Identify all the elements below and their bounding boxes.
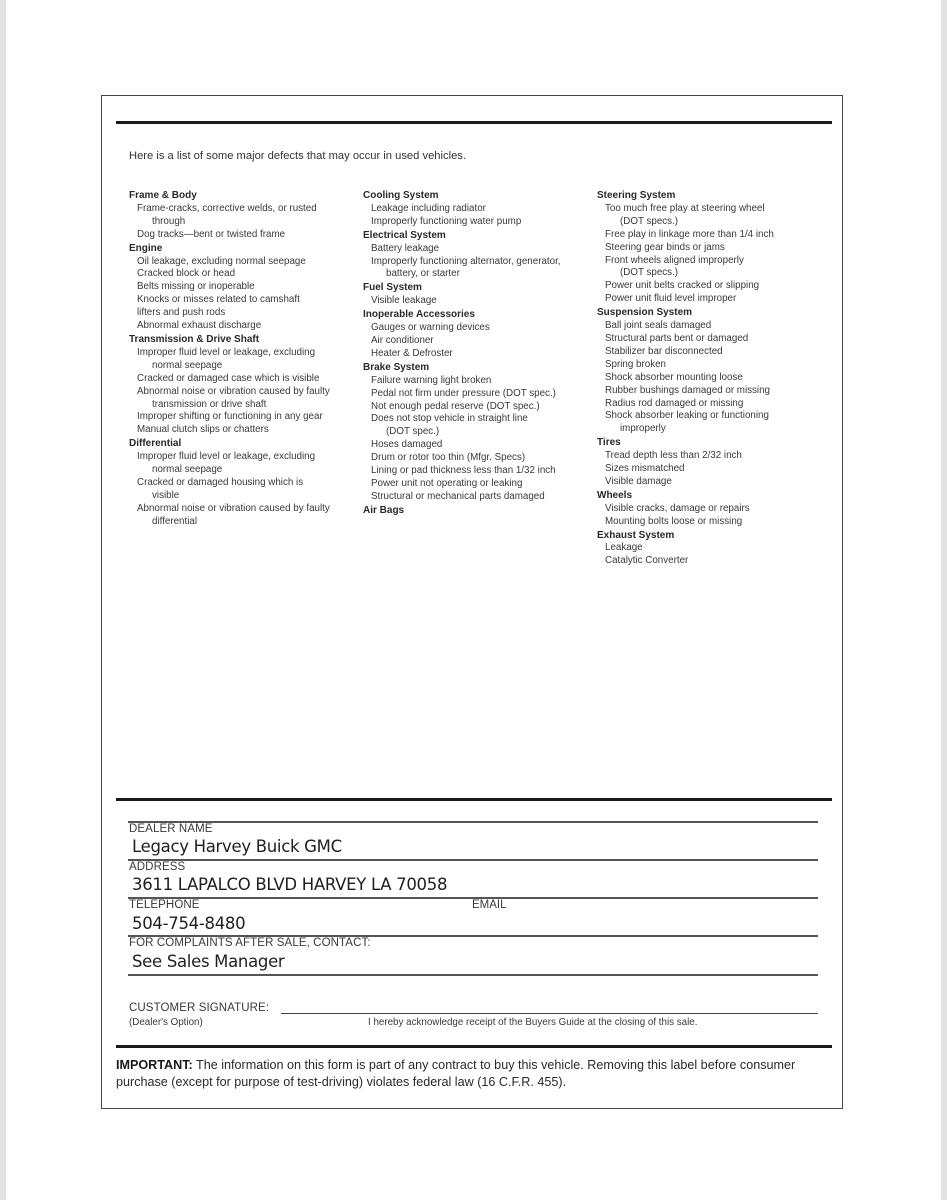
defect-item-text: Dog tracks—bent or twisted frame xyxy=(137,229,285,240)
defect-item: Belts missing or inoperable xyxy=(129,281,364,294)
defect-category: Suspension SystemBall joint seals damage… xyxy=(597,307,832,436)
defect-item-text: Abnormal noise or vibration caused by fa… xyxy=(137,503,330,514)
defect-item: Cracked block or head xyxy=(129,268,364,281)
defect-item-text: Pedal not firm under pressure (DOT spec.… xyxy=(371,388,556,399)
defect-item: Tread depth less than 2/32 inch xyxy=(597,450,832,463)
defect-item: Lining or pad thickness less than 1/32 i… xyxy=(363,465,598,478)
defect-item-continuation: (DOT spec.) xyxy=(371,426,598,439)
defect-category-title: Inoperable Accessories xyxy=(363,309,598,322)
defect-item-continuation: improperly xyxy=(605,423,832,436)
defect-category-title: Differential xyxy=(129,438,364,451)
defect-category-title: Transmission & Drive Shaft xyxy=(129,334,364,347)
defect-item: Ball joint seals damaged xyxy=(597,320,832,333)
important-text: The information on this form is part of … xyxy=(116,1058,795,1089)
defect-item-text: Visible damage xyxy=(605,476,672,487)
important-divider xyxy=(116,1045,832,1048)
defect-item-text: Gauges or warning devices xyxy=(371,322,490,333)
defect-item-text: Too much free play at steering wheel xyxy=(605,203,765,214)
defect-item-text: Catalytic Converter xyxy=(605,555,688,566)
defect-item: Improperly functioning water pump xyxy=(363,216,598,229)
defect-category: Frame & BodyFrame-cracks, corrective wel… xyxy=(129,190,364,242)
defect-item: Visible cracks, damage or repairs xyxy=(597,503,832,516)
defect-item: Oil leakage, excluding normal seepage xyxy=(129,256,364,269)
address-label: ADDRESS xyxy=(129,861,185,873)
defect-item-text: Manual clutch slips or chatters xyxy=(137,424,269,435)
defect-item-text: Shock absorber leaking or functioning xyxy=(605,410,769,421)
defect-category-title: Engine xyxy=(129,243,364,256)
defect-item: Structural or mechanical parts damaged xyxy=(363,491,598,504)
defect-item: Drum or rotor too thin (Mfgr. Specs) xyxy=(363,452,598,465)
defect-category-title: Wheels xyxy=(597,490,832,503)
defect-category-title: Exhaust System xyxy=(597,530,832,543)
customer-signature-line[interactable] xyxy=(281,1013,818,1014)
complaints-value[interactable]: See Sales Manager xyxy=(132,952,284,971)
defect-item-text: Steering gear binds or jams xyxy=(605,242,725,253)
defect-item: Hoses damaged xyxy=(363,439,598,452)
customer-signature-label: CUSTOMER SIGNATURE: xyxy=(129,1002,269,1014)
defect-item-text: Shock absorber mounting loose xyxy=(605,372,743,383)
defect-item-text: Heater & Defroster xyxy=(371,348,453,359)
defect-item: Abnormal exhaust discharge xyxy=(129,320,364,333)
defect-category: Brake SystemFailure warning light broken… xyxy=(363,362,598,504)
defect-item: Frame-cracks, corrective welds, or ruste… xyxy=(129,203,364,229)
dealer-section-divider xyxy=(116,798,832,801)
defect-item-text: Tread depth less than 2/32 inch xyxy=(605,450,742,461)
defect-item-text: Power unit belts cracked or slipping xyxy=(605,280,759,291)
defect-item: Manual clutch slips or chatters xyxy=(129,424,364,437)
defects-column-2: Cooling SystemLeakage including radiator… xyxy=(363,189,598,519)
defect-item: Cracked or damaged housing which isvisib… xyxy=(129,477,364,503)
defect-category-title: Electrical System xyxy=(363,230,598,243)
defect-item-text: Power unit fluid level improper xyxy=(605,293,736,304)
defect-category-title: Frame & Body xyxy=(129,190,364,203)
defect-item-text: Improper fluid level or leakage, excludi… xyxy=(137,347,315,358)
defect-item-continuation: (DOT specs.) xyxy=(605,216,832,229)
defect-item: Improper fluid level or leakage, excludi… xyxy=(129,347,364,373)
defect-item: Visible leakage xyxy=(363,295,598,308)
defect-item-continuation: differential xyxy=(137,516,364,529)
defect-item: Power unit belts cracked or slipping xyxy=(597,280,832,293)
defect-item: Steering gear binds or jams xyxy=(597,242,832,255)
defect-item: Stabilizer bar disconnected xyxy=(597,346,832,359)
complaints-underline xyxy=(128,974,818,976)
defect-item: Rubber bushings damaged or missing xyxy=(597,385,832,398)
defect-item-text: Visible cracks, damage or repairs xyxy=(605,503,750,514)
defect-category: Cooling SystemLeakage including radiator… xyxy=(363,190,598,229)
defect-category: Steering SystemToo much free play at ste… xyxy=(597,190,832,306)
defect-item-text: Cracked or damaged housing which is xyxy=(137,477,303,488)
defect-item-text: Belts missing or inoperable xyxy=(137,281,255,292)
defect-category: Transmission & Drive ShaftImproper fluid… xyxy=(129,334,364,437)
defect-item-text: Rubber bushings damaged or missing xyxy=(605,385,770,396)
defect-item-text: Mounting bolts loose or missing xyxy=(605,516,742,527)
defect-item-text: Improper shifting or functioning in any … xyxy=(137,411,323,422)
defect-item-text: Hoses damaged xyxy=(371,439,442,450)
acknowledge-receipt-text: I hereby acknowledge receipt of the Buye… xyxy=(368,1017,697,1028)
defect-item-text: Abnormal exhaust discharge xyxy=(137,320,261,331)
important-label: IMPORTANT: xyxy=(116,1058,193,1072)
defect-category: EngineOil leakage, excluding normal seep… xyxy=(129,243,364,333)
defect-item: Mounting bolts loose or missing xyxy=(597,516,832,529)
defect-item-text: Abnormal noise or vibration caused by fa… xyxy=(137,386,330,397)
defect-item: Visible damage xyxy=(597,476,832,489)
defect-category-title: Fuel System xyxy=(363,282,598,295)
dealers-option-note: (Dealer's Option) xyxy=(129,1017,203,1028)
defect-item-text: Improperly functioning alternator, gener… xyxy=(371,256,561,267)
defect-category: Electrical SystemBattery leakageImproper… xyxy=(363,230,598,282)
defect-item-text: Air conditioner xyxy=(371,335,434,346)
defect-item-continuation: transmission or drive shaft xyxy=(137,399,364,412)
defect-item: Free play in linkage more than 1/4 inch xyxy=(597,229,832,242)
defect-category: Exhaust SystemLeakageCatalytic Converter xyxy=(597,530,832,569)
telephone-value[interactable]: 504-754-8480 xyxy=(132,914,245,933)
defect-item: Front wheels aligned improperly(DOT spec… xyxy=(597,255,832,281)
defect-item-text: Visible leakage xyxy=(371,295,437,306)
address-value[interactable]: 3611 LAPALCO BLVD HARVEY LA 70058 xyxy=(132,875,447,894)
defect-item-text: Radius rod damaged or missing xyxy=(605,398,743,409)
defect-item: Not enough pedal reserve (DOT spec.) xyxy=(363,401,598,414)
defect-item-text: Lining or pad thickness less than 1/32 i… xyxy=(371,465,556,476)
defect-item: Power unit not operating or leaking xyxy=(363,478,598,491)
defect-item: Abnormal noise or vibration caused by fa… xyxy=(129,503,364,529)
defect-item: Shock absorber leaking or functioningimp… xyxy=(597,410,832,436)
defect-item-text: Not enough pedal reserve (DOT spec.) xyxy=(371,401,540,412)
defect-item-continuation: (DOT specs.) xyxy=(605,267,832,280)
defect-category: Inoperable AccessoriesGauges or warning … xyxy=(363,309,598,361)
dealer-name-value[interactable]: Legacy Harvey Buick GMC xyxy=(132,837,342,856)
defect-item-text: Knocks or misses related to camshaft xyxy=(137,294,300,305)
defect-item: Battery leakage xyxy=(363,243,598,256)
defect-item-text: Sizes mismatched xyxy=(605,463,685,474)
defect-category: Fuel SystemVisible leakage xyxy=(363,282,598,308)
defects-column-3: Steering SystemToo much free play at ste… xyxy=(597,189,832,569)
defect-item: Pedal not firm under pressure (DOT spec.… xyxy=(363,388,598,401)
defects-column-1: Frame & BodyFrame-cracks, corrective wel… xyxy=(129,189,364,530)
defect-item-text: Ball joint seals damaged xyxy=(605,320,711,331)
defect-item-text: Battery leakage xyxy=(371,243,439,254)
defect-item-text: Drum or rotor too thin (Mfgr. Specs) xyxy=(371,452,525,463)
defect-item: Shock absorber mounting loose xyxy=(597,372,832,385)
defect-item-continuation: visible xyxy=(137,490,364,503)
defect-item: Knocks or misses related to camshaft xyxy=(129,294,364,307)
defect-item-text: lifters and push rods xyxy=(137,307,225,318)
viewer-edge-left xyxy=(0,0,6,1200)
defect-item-text: Stabilizer bar disconnected xyxy=(605,346,723,357)
defect-category-title: Air Bags xyxy=(363,505,598,518)
defect-item: Spring broken xyxy=(597,359,832,372)
top-divider xyxy=(116,121,832,124)
defect-item: Cracked or damaged case which is visible xyxy=(129,373,364,386)
defect-item-text: Improper fluid level or leakage, excludi… xyxy=(137,451,315,462)
defect-item: Improper shifting or functioning in any … xyxy=(129,411,364,424)
defect-item: Abnormal noise or vibration caused by fa… xyxy=(129,386,364,412)
defect-item: Leakage including radiator xyxy=(363,203,598,216)
defect-item-text: Structural parts bent or damaged xyxy=(605,333,748,344)
defect-item-continuation: normal seepage xyxy=(137,360,364,373)
defect-item-text: Failure warning light broken xyxy=(371,375,491,386)
defect-item-text: Improperly functioning water pump xyxy=(371,216,521,227)
defect-item-continuation: normal seepage xyxy=(137,464,364,477)
defect-item: Catalytic Converter xyxy=(597,555,832,568)
defect-item-text: Free play in linkage more than 1/4 inch xyxy=(605,229,774,240)
defect-category: Air Bags xyxy=(363,505,598,518)
defect-category-title: Cooling System xyxy=(363,190,598,203)
viewer-scrollbar-track[interactable] xyxy=(941,0,947,1200)
defect-category-title: Suspension System xyxy=(597,307,832,320)
defect-item: Improperly functioning alternator, gener… xyxy=(363,256,598,282)
defect-item: Improper fluid level or leakage, excludi… xyxy=(129,451,364,477)
buyers-guide-back-page: Here is a list of some major defects tha… xyxy=(101,95,843,1109)
defect-item: Heater & Defroster xyxy=(363,348,598,361)
defect-item: Structural parts bent or damaged xyxy=(597,333,832,346)
defect-item: Sizes mismatched xyxy=(597,463,832,476)
defect-item-text: Oil leakage, excluding normal seepage xyxy=(137,256,306,267)
telephone-label: TELEPHONE xyxy=(129,899,200,911)
defect-item-continuation: through xyxy=(137,216,364,229)
defect-item-text: Structural or mechanical parts damaged xyxy=(371,491,545,502)
defect-item: lifters and push rods xyxy=(129,307,364,320)
defect-category-title: Steering System xyxy=(597,190,832,203)
defect-category: DifferentialImproper fluid level or leak… xyxy=(129,438,364,528)
important-notice: IMPORTANT: The information on this form … xyxy=(116,1057,832,1091)
defect-item-text: Front wheels aligned improperly xyxy=(605,255,744,266)
defect-category: WheelsVisible cracks, damage or repairsM… xyxy=(597,490,832,529)
email-label: EMAIL xyxy=(472,899,507,911)
defect-item: Gauges or warning devices xyxy=(363,322,598,335)
defect-item-text: Power unit not operating or leaking xyxy=(371,478,522,489)
defects-intro: Here is a list of some major defects tha… xyxy=(129,150,466,162)
defect-item: Radius rod damaged or missing xyxy=(597,398,832,411)
defect-item: Too much free play at steering wheel(DOT… xyxy=(597,203,832,229)
defect-item-text: Cracked or damaged case which is visible xyxy=(137,373,319,384)
defect-category-title: Tires xyxy=(597,437,832,450)
defect-item: Leakage xyxy=(597,542,832,555)
defect-item-text: Cracked block or head xyxy=(137,268,235,279)
defect-category: TiresTread depth less than 2/32 inchSize… xyxy=(597,437,832,489)
defect-item-continuation: battery, or starter xyxy=(371,268,598,281)
defect-item-text: Spring broken xyxy=(605,359,666,370)
dealer-name-top-line xyxy=(128,821,818,823)
defect-category-title: Brake System xyxy=(363,362,598,375)
defect-item: Does not stop vehicle in straight line(D… xyxy=(363,413,598,439)
defect-item-text: Leakage xyxy=(605,542,643,553)
complaints-label: FOR COMPLAINTS AFTER SALE, CONTACT: xyxy=(129,937,371,949)
defect-item-text: Frame-cracks, corrective welds, or ruste… xyxy=(137,203,317,214)
defect-item: Failure warning light broken xyxy=(363,375,598,388)
dealer-name-label: DEALER NAME xyxy=(129,823,213,835)
dealer-name-underline xyxy=(128,859,818,861)
defect-item: Power unit fluid level improper xyxy=(597,293,832,306)
defect-item-text: Leakage including radiator xyxy=(371,203,486,214)
defect-item: Dog tracks—bent or twisted frame xyxy=(129,229,364,242)
defect-item: Air conditioner xyxy=(363,335,598,348)
defect-item-text: Does not stop vehicle in straight line xyxy=(371,413,528,424)
